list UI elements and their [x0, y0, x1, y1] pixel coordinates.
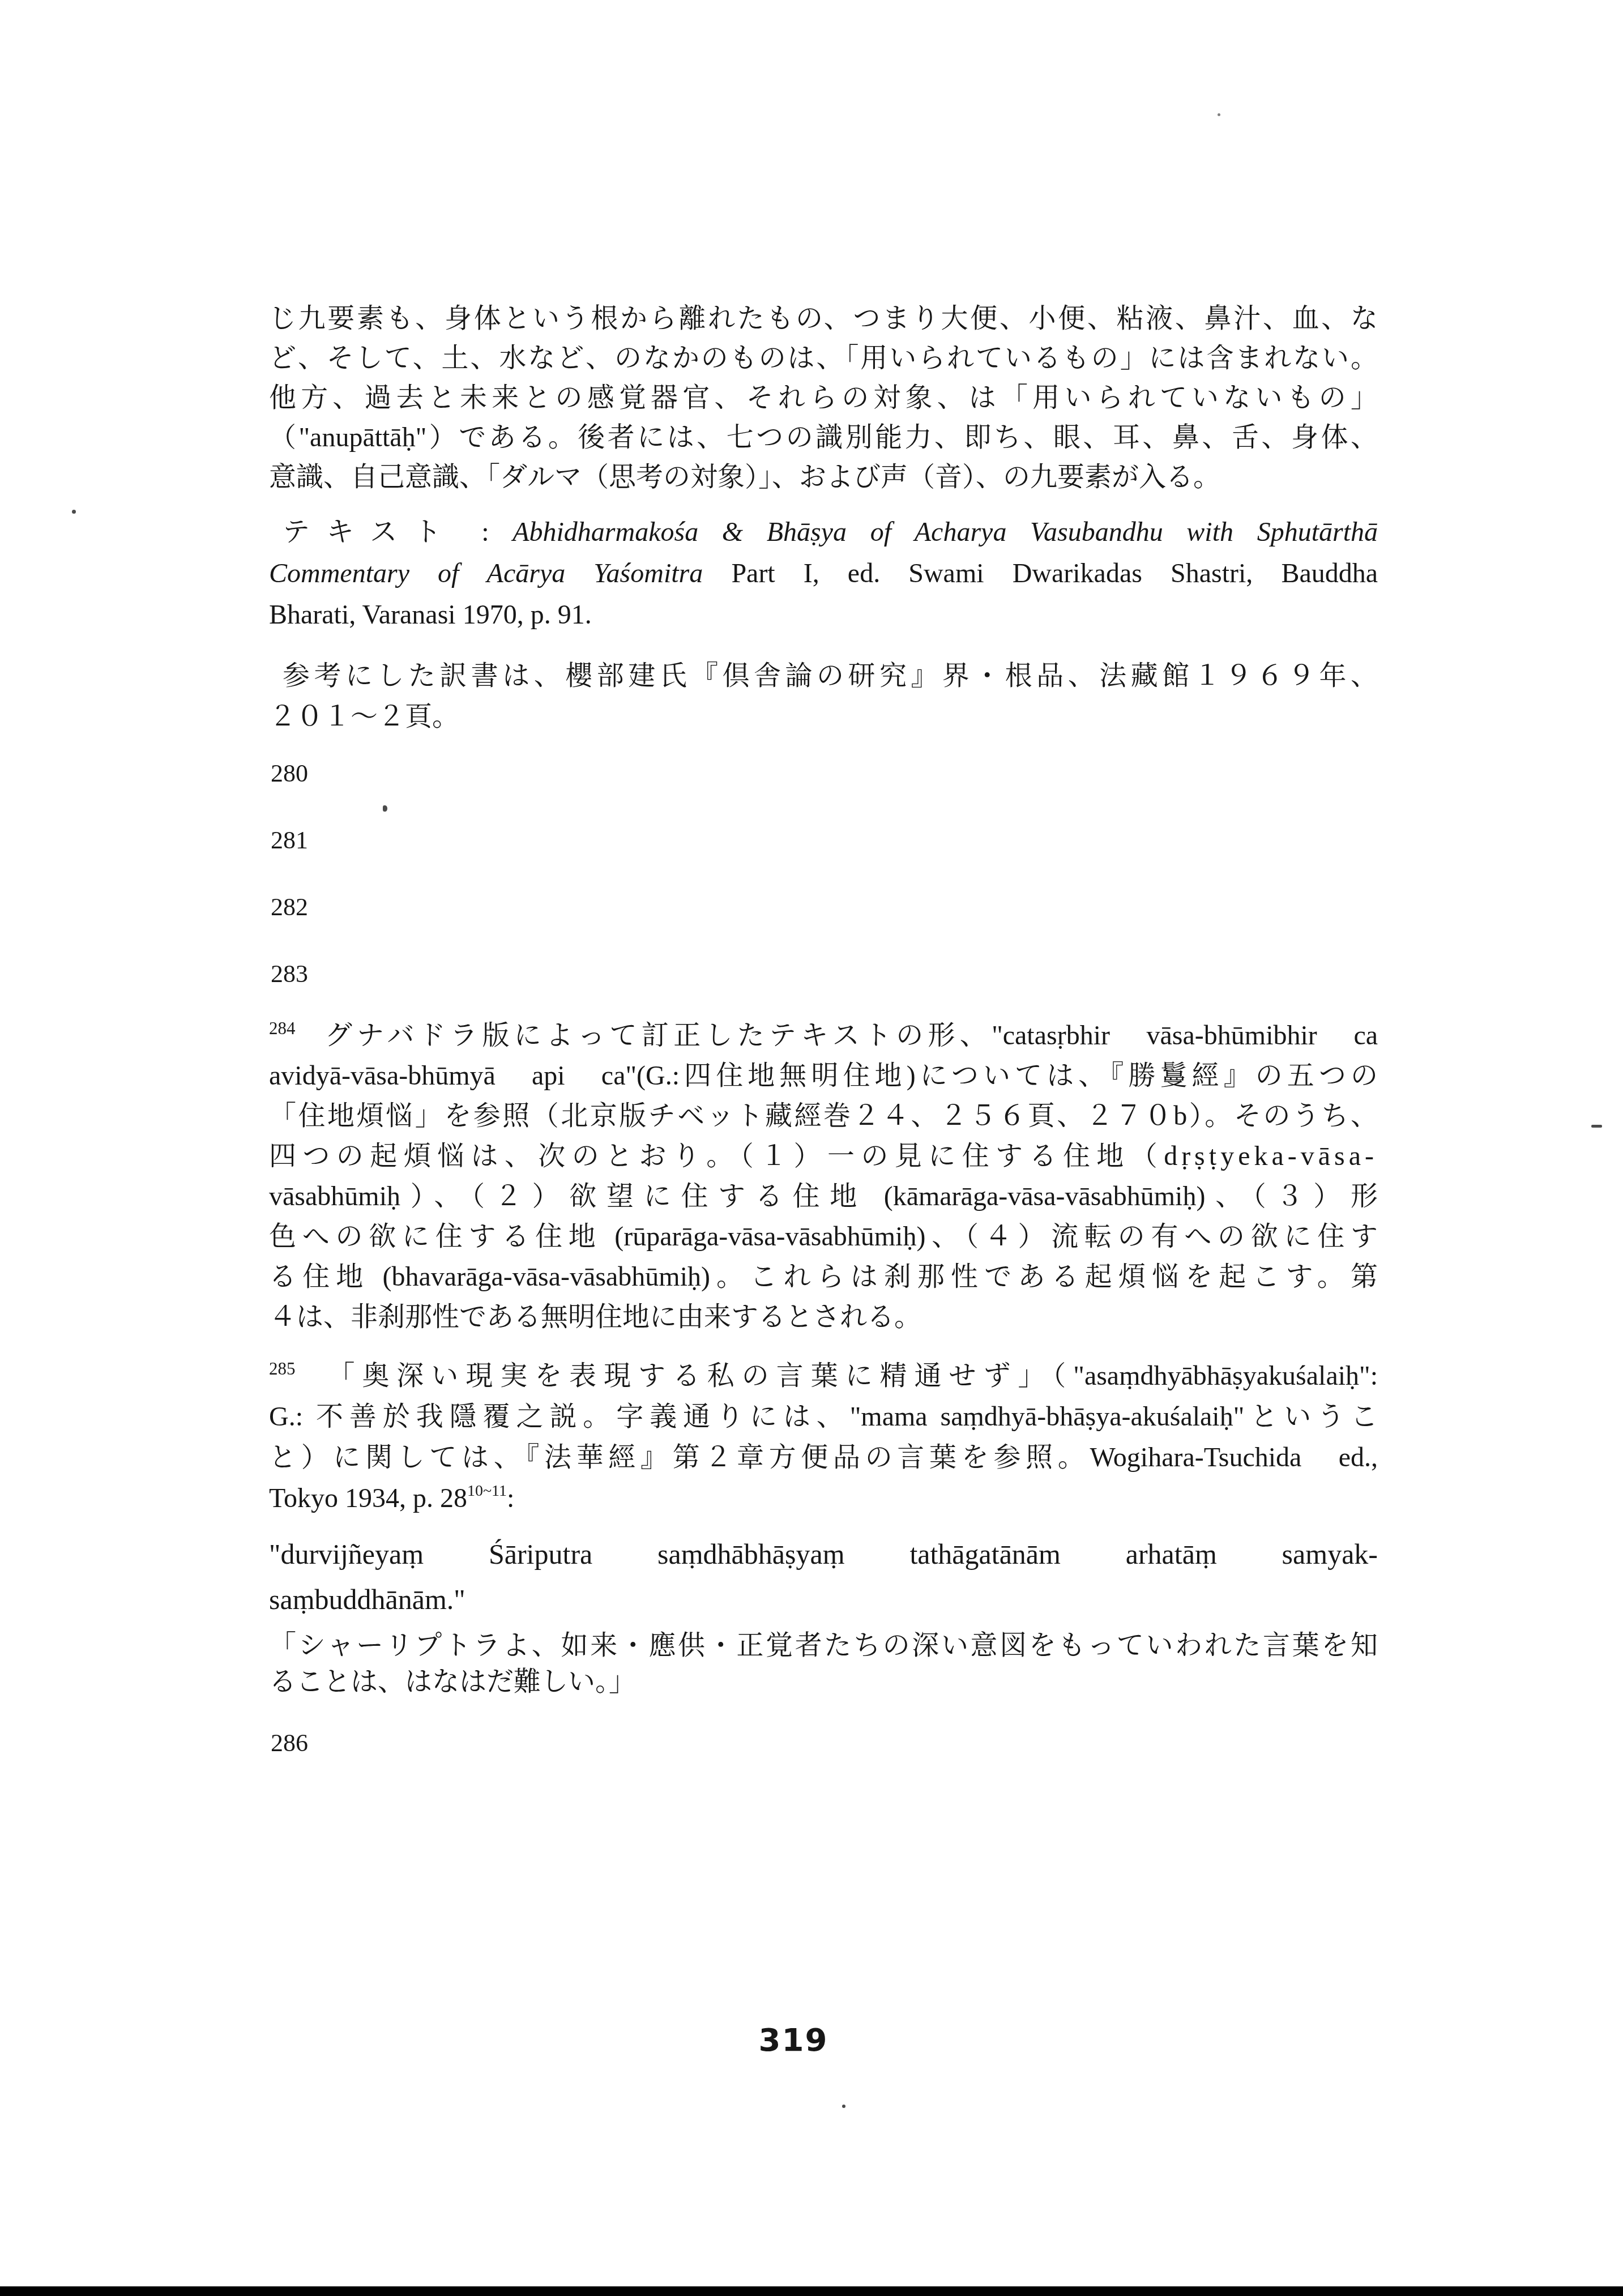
footnote-284: 284グナバドラ版によって訂正したテキストの形、"catasṛbhir vāsa… — [269, 1015, 1378, 1337]
text-line: ４は、非刹那性である無明住地に由来するとされる。 — [269, 1297, 1378, 1337]
scan-speck — [72, 510, 76, 514]
sanskrit-term: dṛṣṭyeka-vāsa- — [1164, 1141, 1378, 1171]
text-line: （"anupāttāḥ"）である。後者には、七つの識別能力、即ち、眼、耳、鼻、舌… — [269, 418, 1378, 458]
text-line: 「住地煩悩」を参照（北京版チベット藏經巻２４、２５６頁、２７０b）。そのうち、 — [269, 1096, 1378, 1136]
text-line: 「シャーリプトラよ、如来・應供・正覚者たちの深い意図をもっていわれた言葉を知 — [269, 1628, 1378, 1664]
footnote-number-286: 286 — [271, 1729, 308, 1758]
scan-speck — [1591, 1125, 1602, 1128]
text-line: 285「奥深い現実を表現する私の言葉に精通せず」（"asaṃdhyābhāṣya… — [269, 1356, 1378, 1397]
text-line: saṃbuddhānām." — [269, 1577, 1378, 1622]
text-line: ど、そして、土、水など、のなかのものは、「用いられているもの」には含まれない。 — [269, 339, 1378, 378]
footnote-285: 285「奥深い現実を表現する私の言葉に精通せず」（"asaṃdhyābhāṣya… — [269, 1356, 1378, 1519]
scan-speck — [383, 805, 387, 812]
text-line: る住地 (bhavarāga-vāsa-vāsabhūmiḥ)。これらは刹那性で… — [269, 1257, 1378, 1297]
source-detail: Part I, ed. Swami Dwarikadas Shastri, Ba… — [731, 558, 1378, 588]
text-line: 他方、過去と未来との感覚器官、それらの対象、は「用いられていないもの」 — [269, 378, 1378, 418]
footnote-number-282: 282 — [271, 893, 308, 922]
page-number: 319 — [751, 2022, 836, 2059]
source-title-italic: Abhidharmakośa & Bhāṣya of Acharya Vasub… — [512, 517, 1378, 547]
source-title-italic: Commentary of Acārya Yaśomitra — [269, 558, 703, 588]
text-line: 284グナバドラ版によって訂正したテキストの形、"catasṛbhir vāsa… — [269, 1015, 1378, 1056]
footnote-text: : — [507, 1483, 514, 1513]
footnote-text: 「奥深い現実を表現する私の言葉に精通せず」（"asaṃdhyābhāṣyakuś… — [321, 1361, 1378, 1391]
text-line: G.: 不善於我隱覆之説。字義通りには、"mama saṃdhyā-bhāṣya… — [269, 1397, 1378, 1437]
scan-speck — [1218, 113, 1220, 116]
text-line: Tokyo 1934, p. 2810~11: — [269, 1478, 1378, 1519]
text-line: 参考にした訳書は、櫻部建氏『倶舎論の研究』界・根品、法藏館１９６９年、 — [269, 656, 1378, 697]
scan-edge-bottom — [0, 2286, 1623, 2296]
footnote-text: Tokyo 1934, p. 28 — [269, 1483, 467, 1513]
japanese-translation: 「シャーリプトラよ、如来・應供・正覚者たちの深い意図をもっていわれた言葉を知 る… — [269, 1628, 1378, 1700]
text-line: と）に関しては、『法華經』第２章方便品の言葉を参照。Wogihara-Tsuch… — [269, 1437, 1378, 1478]
text-line: 意識、自己意識、「ダルマ（思考の対象）」、および声（音）、の九要素が入る。 — [269, 458, 1378, 497]
source-label: テキスト : — [283, 517, 489, 547]
sanskrit-quote: "durvijñeyaṃ Śāriputra saṃdhābhāṣyaṃ tat… — [269, 1531, 1378, 1622]
footnote-number-283: 283 — [271, 959, 308, 989]
text-line: ２０１〜２頁。 — [269, 697, 1378, 737]
paragraph-text-source: テキスト : Abhidharmakośa & Bhāṣya of Achary… — [269, 511, 1378, 635]
text-line: 色への欲に住する住地 (rūparāga-vāsa-vāsabhūmiḥ)、（４… — [269, 1217, 1378, 1257]
paragraph-reference: 参考にした訳書は、櫻部建氏『倶舎論の研究』界・根品、法藏館１９６９年、 ２０１〜… — [269, 656, 1378, 737]
scan-speck — [842, 2105, 845, 2108]
text-line: Commentary of Acārya Yaśomitra Part I, e… — [269, 553, 1378, 594]
text-line: avidyā-vāsa-bhūmyā api ca"(G.:四住地無明住地)につ… — [269, 1056, 1378, 1096]
text-line: vāsabhūmiḥ）、（２）欲望に住する住地 (kāmarāga-vāsa-v… — [269, 1176, 1378, 1217]
text-line: ることは、はなはだ難しい。」 — [269, 1664, 1378, 1700]
text-line: じ九要素も、身体という根から離れたもの、つまり大便、小便、粘液、鼻汁、血、な — [269, 299, 1378, 339]
text-line: Bharati, Varanasi 1970, p. 91. — [269, 594, 1378, 635]
footnote-text: 四つの起煩悩は、次のとおり。（１）一の見に住する住地（ — [269, 1141, 1164, 1171]
footnote-number-281: 281 — [271, 826, 308, 855]
footnote-text: グナバドラ版によって訂正したテキストの形、"catasṛbhir vāsa-bh… — [321, 1021, 1378, 1051]
text-line: "durvijñeyaṃ Śāriputra saṃdhābhāṣyaṃ tat… — [269, 1531, 1378, 1577]
text-line: 四つの起煩悩は、次のとおり。（１）一の見に住する住地（dṛṣṭyeka-vāsa… — [269, 1136, 1378, 1176]
paragraph-main: じ九要素も、身体という根から離れたもの、つまり大便、小便、粘液、鼻汁、血、な ど… — [269, 299, 1378, 497]
footnote-number-280: 280 — [271, 759, 308, 788]
scanned-page: じ九要素も、身体という根から離れたもの、つまり大便、小便、粘液、鼻汁、血、な ど… — [0, 0, 1623, 2296]
text-line: テキスト : Abhidharmakośa & Bhāṣya of Achary… — [269, 511, 1378, 553]
